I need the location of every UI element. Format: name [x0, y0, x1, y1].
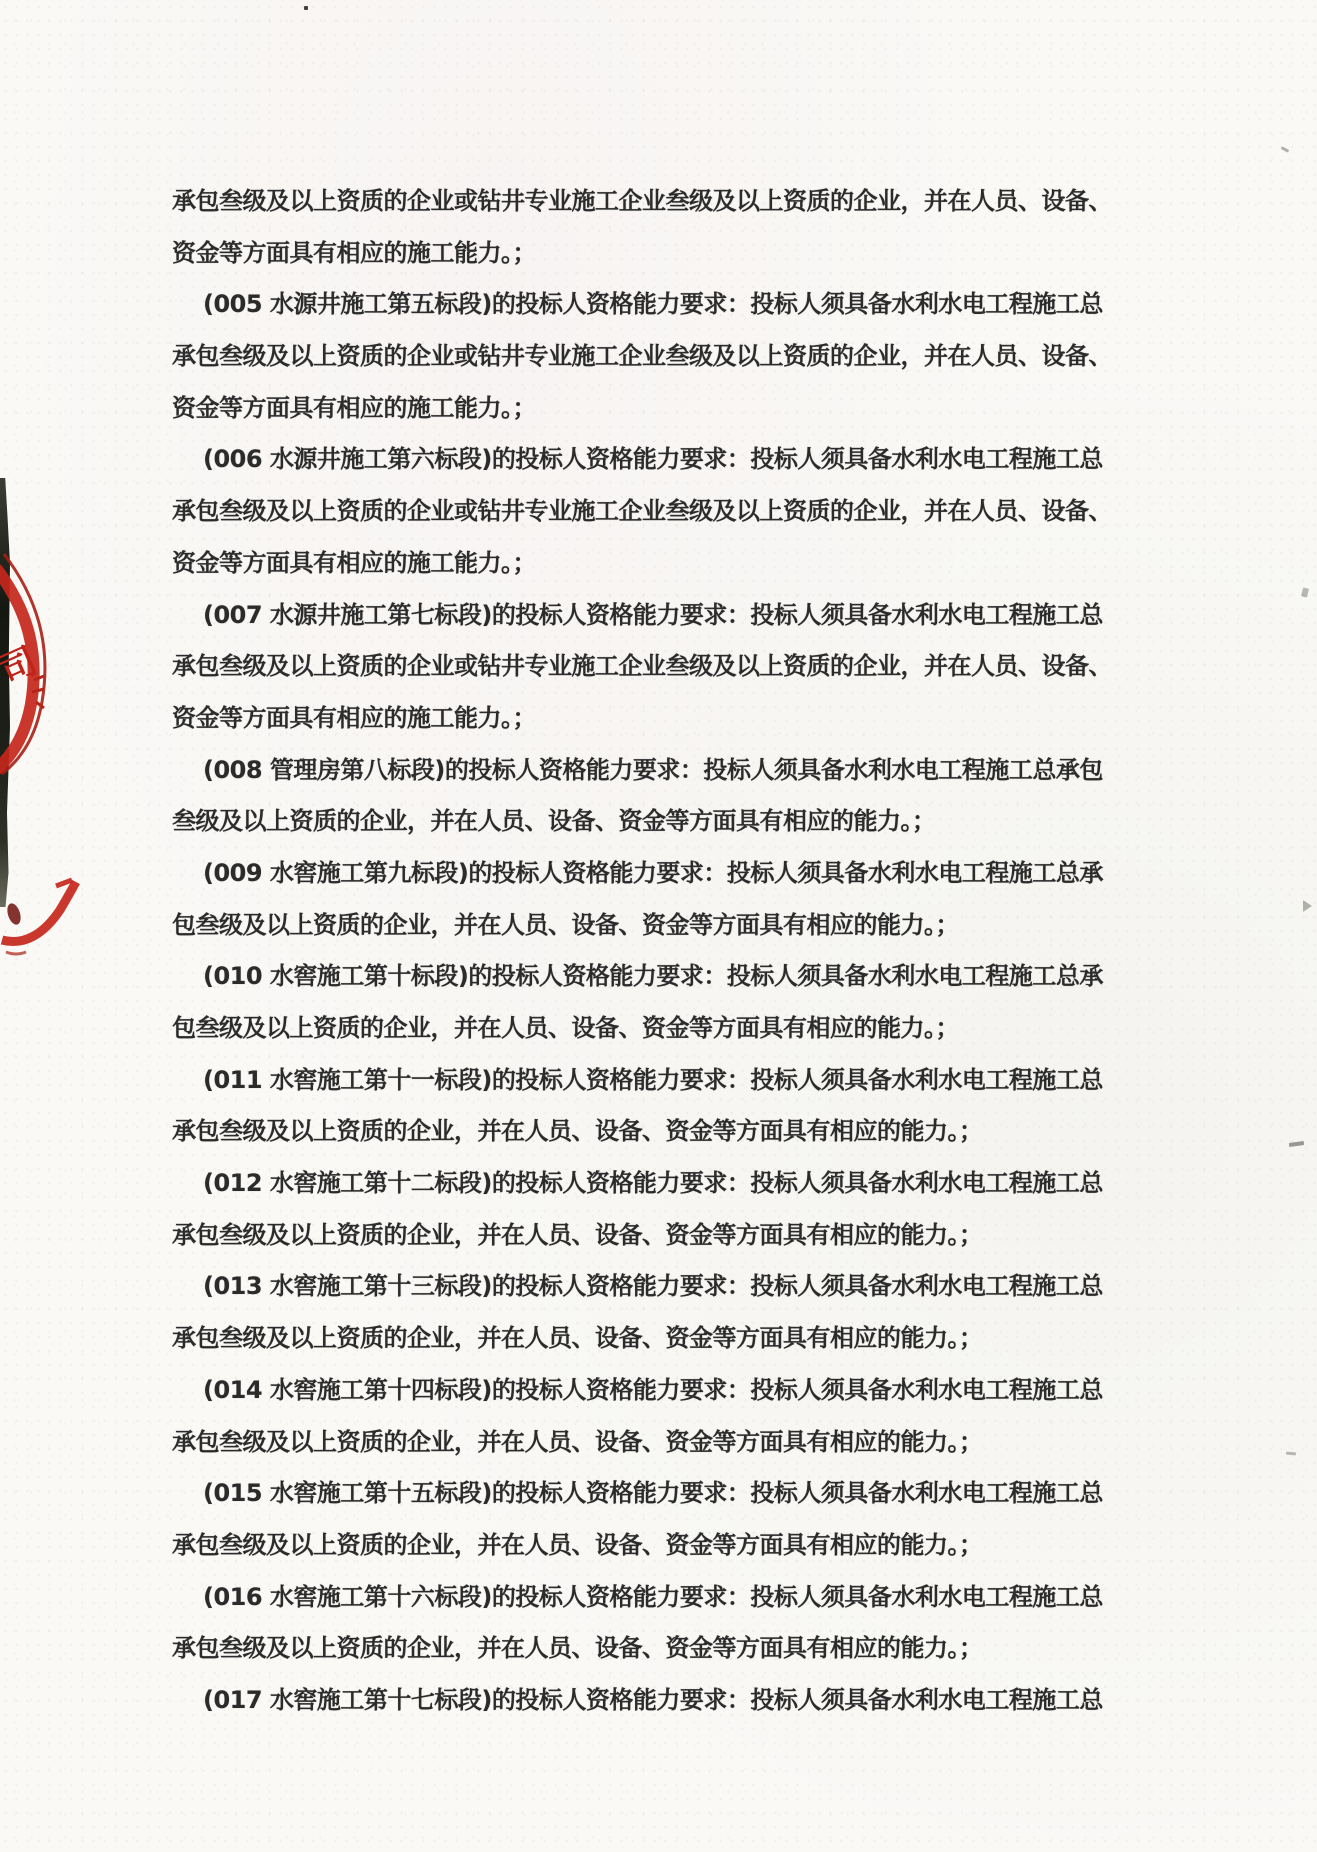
text-line: 叁级及以上资质的企业，并在人员、设备、资金等方面具有相应的能力。； — [172, 796, 1172, 848]
scan-speck — [1289, 1141, 1304, 1147]
text-line: 承包叁级及以上资质的企业或钻井专业施工企业叁级及以上资质的企业，并在人员、设备、 — [172, 486, 1172, 538]
paragraph-first-line: (013 水窖施工第十三标段)的投标人资格能力要求：投标人须具备水利水电工程施工… — [172, 1261, 1172, 1313]
text-line: 包叁级及以上资质的企业，并在人员、设备、资金等方面具有相应的能力。； — [172, 900, 1172, 952]
paragraph-first-line: (005 水源井施工第五标段)的投标人资格能力要求：投标人须具备水利水电工程施工… — [172, 279, 1172, 331]
text-line: 资金等方面具有相应的施工能力。； — [172, 538, 1172, 590]
scan-speck — [304, 6, 308, 10]
text-line: 资金等方面具有相应的施工能力。； — [172, 228, 1172, 280]
paragraph-first-line: (016 水窖施工第十六标段)的投标人资格能力要求：投标人须具备水利水电工程施工… — [172, 1572, 1172, 1624]
paragraph-first-line: (008 管理房第八标段)的投标人资格能力要求：投标人须具备水利水电工程施工总承… — [172, 745, 1172, 797]
text-line: 资金等方面具有相应的施工能力。； — [172, 383, 1172, 435]
scan-speck — [1281, 146, 1289, 152]
paragraph-first-line: (010 水窖施工第十标段)的投标人资格能力要求：投标人须具备水利水电工程施工总… — [172, 951, 1172, 1003]
scan-speck — [1303, 900, 1312, 912]
paragraph-first-line: (006 水源井施工第六标段)的投标人资格能力要求：投标人须具备水利水电工程施工… — [172, 434, 1172, 486]
document-body: 承包叁级及以上资质的企业或钻井专业施工企业叁级及以上资质的企业，并在人员、设备、… — [172, 176, 1172, 1727]
text-line: 承包叁级及以上资质的企业，并在人员、设备、资金等方面具有相应的能力。； — [172, 1106, 1172, 1158]
paragraph-first-line: (014 水窖施工第十四标段)的投标人资格能力要求：投标人须具备水利水电工程施工… — [172, 1365, 1172, 1417]
text-line: 包叁级及以上资质的企业，并在人员、设备、资金等方面具有相应的能力。； — [172, 1003, 1172, 1055]
paragraph-first-line: (011 水窖施工第十一标段)的投标人资格能力要求：投标人须具备水利水电工程施工… — [172, 1055, 1172, 1107]
text-line: 承包叁级及以上资质的企业，并在人员、设备、资金等方面具有相应的能力。； — [172, 1623, 1172, 1675]
red-seal-stamp-fragment-lower — [0, 876, 80, 960]
text-line: 承包叁级及以上资质的企业，并在人员、设备、资金等方面具有相应的能力。； — [172, 1210, 1172, 1262]
scan-speck — [1301, 587, 1309, 597]
paragraph-first-line: (007 水源井施工第七标段)的投标人资格能力要求：投标人须具备水利水电工程施工… — [172, 590, 1172, 642]
paragraph-first-line: (017 水窖施工第十七标段)的投标人资格能力要求：投标人须具备水利水电工程施工… — [172, 1675, 1172, 1727]
paragraph-first-line: (012 水窖施工第十二标段)的投标人资格能力要求：投标人须具备水利水电工程施工… — [172, 1158, 1172, 1210]
scan-edge-shadow-artifact — [0, 478, 10, 907]
paragraph-first-line: (009 水窖施工第九标段)的投标人资格能力要求：投标人须具备水利水电工程施工总… — [172, 848, 1172, 900]
text-line: 承包叁级及以上资质的企业或钻井专业施工企业叁级及以上资质的企业，并在人员、设备、 — [172, 176, 1172, 228]
text-line: 承包叁级及以上资质的企业或钻井专业施工企业叁级及以上资质的企业，并在人员、设备、 — [172, 641, 1172, 693]
paragraph-first-line: (015 水窖施工第十五标段)的投标人资格能力要求：投标人须具备水利水电工程施工… — [172, 1468, 1172, 1520]
text-line: 承包叁级及以上资质的企业，并在人员、设备、资金等方面具有相应的能力。； — [172, 1313, 1172, 1365]
scan-speck — [1286, 1451, 1296, 1455]
text-line: 承包叁级及以上资质的企业或钻井专业施工企业叁级及以上资质的企业，并在人员、设备、 — [172, 331, 1172, 383]
text-line: 承包叁级及以上资质的企业，并在人员、设备、资金等方面具有相应的能力。； — [172, 1520, 1172, 1572]
scanned-document-page: 司 承包叁级及以上资质的企业或钻井专业施工企业叁级及以上资质的企业，并在人员、设… — [0, 0, 1317, 1852]
text-line: 承包叁级及以上资质的企业，并在人员、设备、资金等方面具有相应的能力。； — [172, 1417, 1172, 1469]
text-line: 资金等方面具有相应的施工能力。； — [172, 693, 1172, 745]
